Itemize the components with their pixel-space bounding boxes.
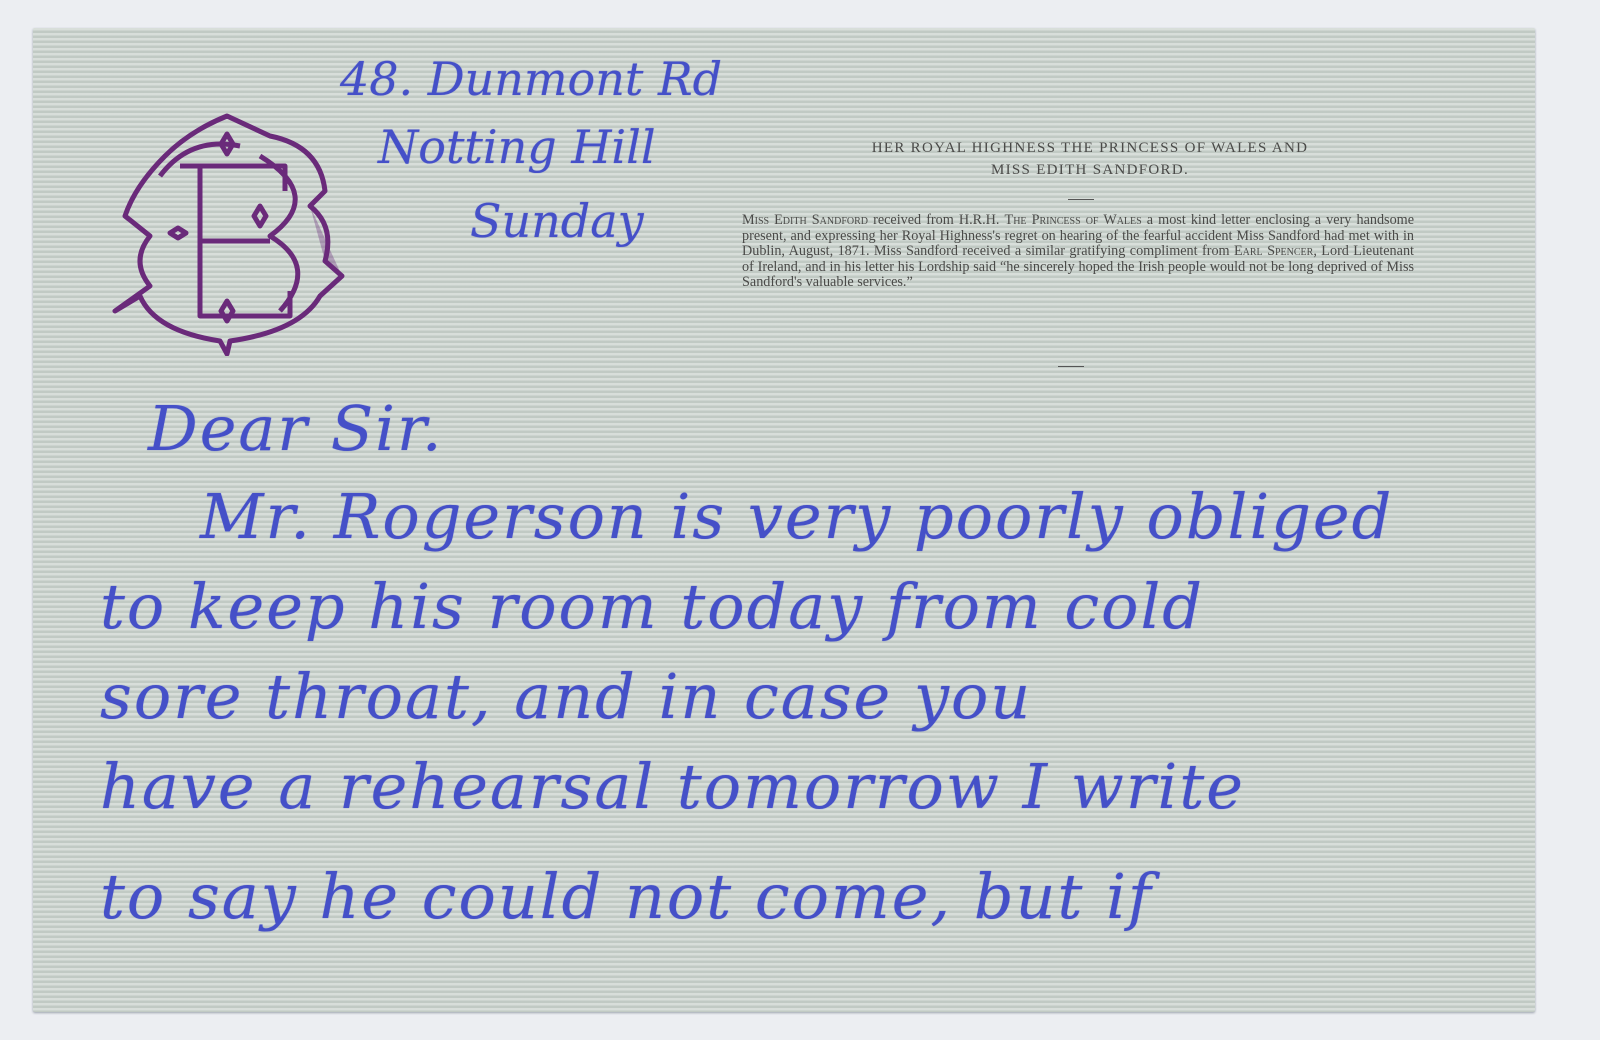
paragraph-smallcaps: Earl Spencer [1234,243,1313,259]
address-line-3: Sunday [470,194,644,248]
letterhead-heading: HER ROYAL HIGHNESS THE PRINCESS OF WALES… [760,137,1420,181]
letterhead-paragraph: Miss Edith Sandford received from H.R.H.… [742,213,1414,291]
paragraph-smallcaps: The Princess of Wales [1005,212,1142,228]
heading-line-1: HER ROYAL HIGHNESS THE PRINCESS OF WALES… [760,137,1420,159]
divider [1058,366,1084,367]
heading-line-2: MISS EDITH SANDFORD. [760,159,1420,181]
paragraph-lead: Miss Edith Sandford [742,212,868,228]
letter-line-1: Mr. Rogerson is very poorly obliged [200,480,1393,553]
address-line-2: Notting Hill [378,120,656,174]
letter-line-3: sore throat, and in case you [100,660,1032,733]
letter-line-2: to keep his room today from cold [100,570,1204,643]
letter-line-4: have a rehearsal tomorrow I write [100,750,1245,823]
paragraph-text: received from H.R.H. [868,212,1005,228]
salutation: Dear Sir. [148,392,444,465]
address-line-1: 48. Dunmont Rd [340,52,722,106]
monogram-icon [110,96,345,356]
letter-line-5: to say he could not come, but if [100,860,1153,933]
divider [1068,199,1094,200]
